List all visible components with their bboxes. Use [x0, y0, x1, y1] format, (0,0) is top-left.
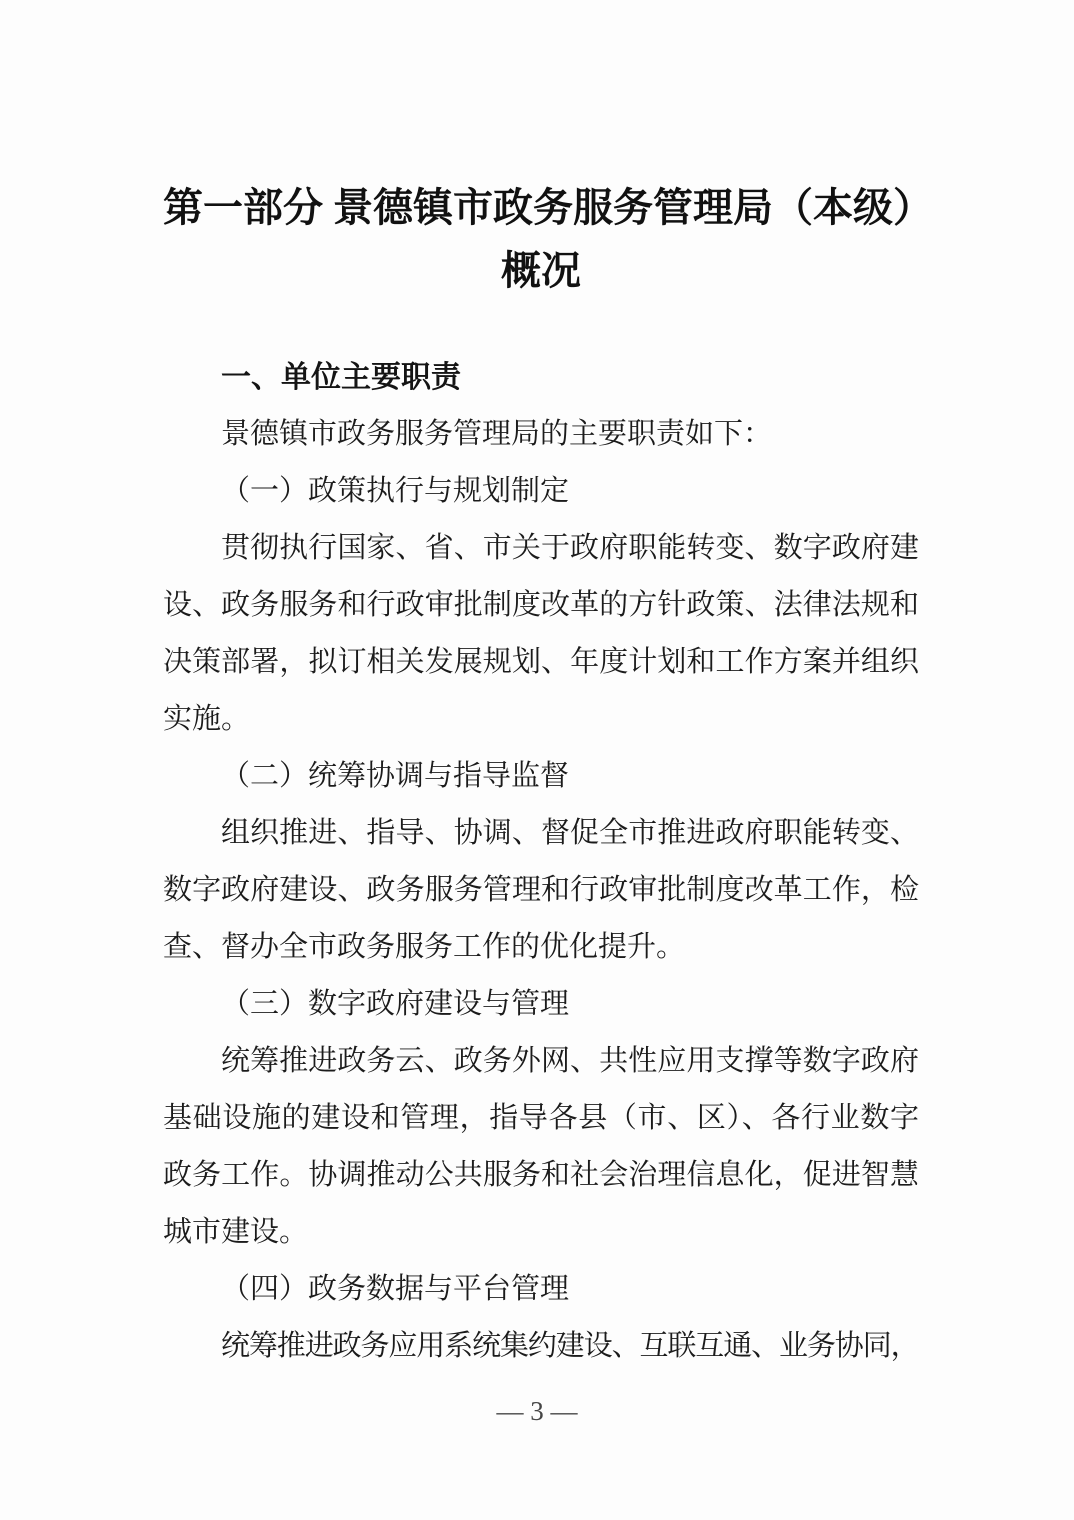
page-number: — 3 — — [0, 1396, 1074, 1427]
item-2-body: 组织推进、指导、协调、督促全市推进政府职能转变、数字政府建设、政务服务管理和行政… — [163, 805, 919, 976]
section-heading-main-duties: 一、单位主要职责 — [163, 349, 919, 406]
document-title-line-2: 概况 — [163, 239, 919, 302]
item-3-body: 统筹推进政务云、政务外网、共性应用支撑等数字政府基础设施的建设和管理，指导各县（… — [163, 1033, 919, 1261]
item-3-heading: （三）数字政府建设与管理 — [163, 976, 919, 1033]
intro-paragraph: 景德镇市政务服务管理局的主要职责如下： — [163, 406, 919, 463]
item-4-body: 统筹推进政务应用系统集约建设、互联互通、业务协同， — [163, 1318, 919, 1375]
item-1-heading: （一）政策执行与规划制定 — [163, 463, 919, 520]
item-2-heading: （二）统筹协调与指导监督 — [163, 748, 919, 805]
document-title: 第一部分 景德镇市政务服务管理局（本级） 概况 — [163, 176, 919, 302]
document-page: 第一部分 景德镇市政务服务管理局（本级） 概况 一、单位主要职责 景德镇市政务服… — [0, 0, 1074, 1520]
document-body: 一、单位主要职责 景德镇市政务服务管理局的主要职责如下： （一）政策执行与规划制… — [163, 349, 919, 1375]
item-4-heading: （四）政务数据与平台管理 — [163, 1261, 919, 1318]
item-1-body: 贯彻执行国家、省、市关于政府职能转变、数字政府建设、政务服务和行政审批制度改革的… — [163, 520, 919, 748]
document-title-line-1: 第一部分 景德镇市政务服务管理局（本级） — [163, 176, 919, 239]
